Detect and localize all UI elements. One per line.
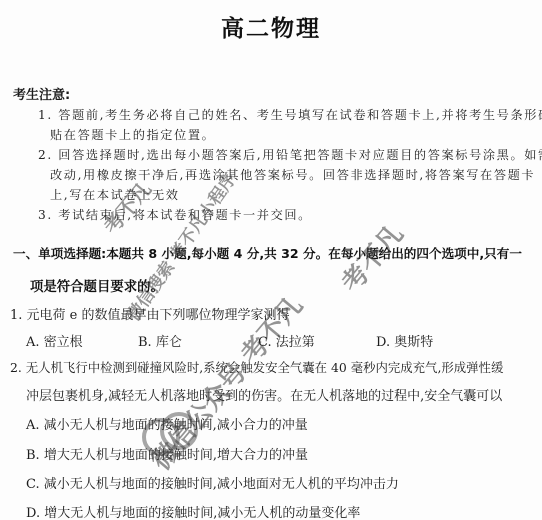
- question-2-option-a: A. 减小无人机与地面的接触时间,减小合力的冲量: [26, 414, 308, 433]
- question-1-stem: 1. 元电荷 e 的数值最早由下列哪位物理学家测得: [10, 304, 290, 323]
- section-heading-line2: 项是符合题目要求的。: [30, 276, 164, 295]
- question-1-option-d: D. 奥斯特: [376, 331, 433, 350]
- question-2-option-c: C. 减小无人机与地面的接触时间,减小地面对无人机的平均冲击力: [26, 473, 399, 492]
- notice-item-1-line2: 贴在答题卡上的指定位置。: [50, 126, 215, 143]
- page-title: 高二物理: [0, 10, 542, 43]
- question-1-option-c: C. 法拉第: [258, 331, 315, 350]
- question-2-option-b: B. 增大无人机与地面的接触时间,增大合力的冲量: [26, 444, 308, 463]
- question-2-option-d: D. 增大无人机与地面的接触时间,减小无人机的动量变化率: [26, 502, 360, 520]
- notice-item-2-line1: 2. 回答选择题时,选出每小题答案后,用铅笔把答题卡对应题目的答案标号涂黑。如需: [38, 146, 542, 163]
- notice-item-1-line1: 1. 答题前,考生务必将自己的姓名、考生号填写在试卷和答题卡上,并将考生号条形码…: [38, 106, 542, 123]
- section-heading-line1: 一、单项选择题:本题共 8 小题,每小题 4 分,共 32 分。在每小题给出的四…: [13, 243, 522, 262]
- notice-item-2-line3: 上,写在本试卷上无效: [50, 186, 180, 203]
- notice-heading: 考生注意:: [13, 84, 70, 103]
- question-2-stem-line1: 2. 无人机飞行中检测到碰撞风险时,系统会触发安全气囊在 40 毫秒内完成充气,…: [10, 358, 503, 376]
- notice-item-2-line2: 改动,用橡皮擦干净后,再选涂其他答案标号。回答非选择题时,将答案写在答题卡: [50, 166, 535, 183]
- question-2-stem-line2: 冲层包裹机身,减轻无人机落地时受到的伤害。在无人机落地的过程中,安全气囊可以: [26, 385, 502, 404]
- notice-item-3-line1: 3. 考试结束后,将本试卷和答题卡一并交回。: [38, 206, 312, 223]
- question-1-option-b: B. 库仑: [138, 331, 182, 350]
- question-1-option-a: A. 密立根: [26, 331, 83, 350]
